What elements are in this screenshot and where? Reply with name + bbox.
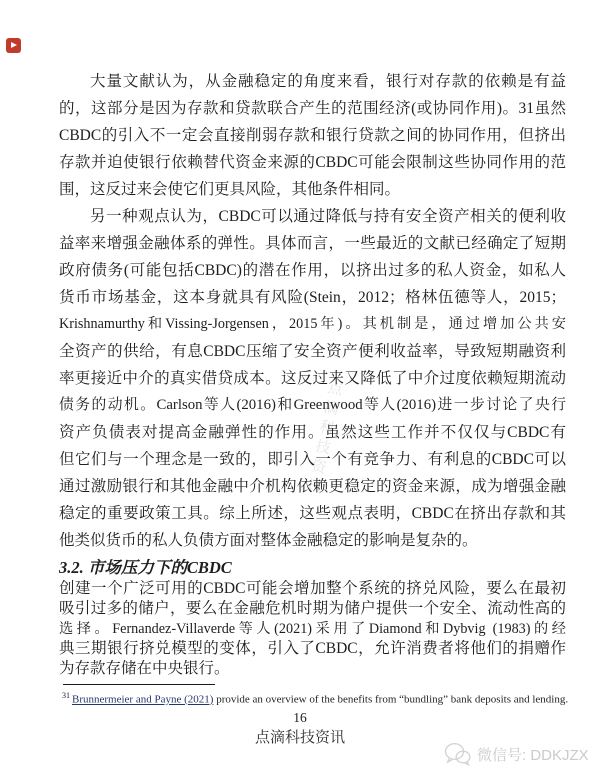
text-line: 全资产的供给，有息CBDC压缩了安全资产便利收益率，导致短期融资利 — [59, 338, 566, 365]
footnote-marker: 31 — [62, 691, 70, 700]
footnote: 31Brunnermeier and Payne (2021) provide … — [62, 691, 587, 706]
text-line: 为存款存储在中央银行。 — [59, 659, 566, 679]
text-line: 他类似货币的私人负债方面对整体金融稳定的影响是复杂的。 — [59, 527, 566, 554]
text-line: 另一种观点认为，CBDC可以通过降低与持有安全资产相关的便利收 — [59, 203, 566, 230]
paragraph: 另一种观点认为，CBDC可以通过降低与持有安全资产相关的便利收益率来增强金融体系… — [59, 203, 566, 554]
text-line: Krishnamurthy和Vissing-Jorgensen，2015年)。其… — [59, 311, 566, 338]
paragraph: 大量文献认为，从金融稳定的角度来看，银行对存款的依赖是有益的，这部分是因为存款和… — [59, 68, 566, 203]
text-line: 资产负债表对提高金融弹性的作用。虽然这些工作并不仅仅与CBDC有关， — [59, 419, 566, 446]
wechat-badge: 微信号: DDKJZX — [444, 742, 589, 766]
text-line: 通过激励银行和其他金融中介机构依赖更稳定的资金来源，成为增强金融 — [59, 473, 566, 500]
section-heading: 3.2. 市场压力下的CBDC — [59, 556, 566, 579]
publisher-logo-icon — [6, 38, 21, 53]
text-line: 货币市场基金，这本身就具有风险(Stein，2012；格林伍德等人，2015； — [59, 284, 566, 311]
text-line: 吸引过多的储户，要么在金融危机时期为储户提供一个安全、流动性高的 — [59, 599, 566, 619]
article-body: 大量文献认为，从金融稳定的角度来看，银行对存款的依赖是有益的，这部分是因为存款和… — [59, 68, 566, 679]
text-line: 稳定的重要政策工具。综上所述，这些观点表明，CBDC在挤出存款和其 — [59, 500, 566, 527]
paragraph: 创建一个广泛可用的CBDC可能会增加整个系统的挤兑风险，要么在最初吸引过多的储户… — [59, 579, 566, 679]
text-line: CBDC的引入不一定会直接削弱存款和银行贷款之间的协同作用，但挤出 — [59, 122, 566, 149]
text-line: 选择。Fernandez-Villaverde等人(2021)采用了Diamon… — [59, 619, 566, 639]
wechat-icon — [444, 742, 471, 766]
text-line: 但它们与一个理念是一致的，即引入一个有竞争力、有利息的CBDC可以 — [59, 446, 566, 473]
text-line: 存款并迫使银行依赖替代资金来源的CBDC可能会限制这些协同作用的范 — [59, 149, 566, 176]
text-line: 创建一个广泛可用的CBDC可能会增加整个系统的挤兑风险，要么在最初 — [59, 579, 566, 599]
footnote-citation-link[interactable]: Brunnermeier and Payne (2021) — [72, 694, 213, 706]
footnote-separator — [63, 684, 215, 685]
text-line: 的，这部分是因为存款和贷款联合产生的范围经济(或协同作用)。31虽然 — [59, 95, 566, 122]
text-line: 围，这反过来会使它们更具风险，其他条件相同。 — [59, 176, 566, 203]
text-line: 政府债务(可能包括CBDC)的潜在作用，以挤出过多的私人资金，如私人 — [59, 257, 566, 284]
text-line: 债务的动机。Carlson等人(2016)和Greenwood等人(2016)进… — [59, 392, 566, 419]
document-page: 大量文献认为，从金融稳定的角度来看，银行对存款的依赖是有益的，这部分是因为存款和… — [0, 0, 600, 777]
text-line: 益率来增强金融体系的弹性。具体而言，一些最近的文献已经确定了短期 — [59, 230, 566, 257]
footnote-text: provide an overview of the benefits from… — [213, 694, 568, 706]
text-line: 大量文献认为，从金融稳定的角度来看，银行对存款的依赖是有益 — [59, 68, 566, 95]
wechat-id-label: 微信号: DDKJZX — [477, 744, 589, 765]
text-line: 典三期银行挤兑模型的变体，引入了CBDC，允许消费者将他们的捐赠作 — [59, 639, 566, 659]
page-number: 16 — [0, 710, 600, 726]
text-line: 率更接近中介的真实借贷成本。这反过来又降低了中介过度依赖短期流动 — [59, 365, 566, 392]
